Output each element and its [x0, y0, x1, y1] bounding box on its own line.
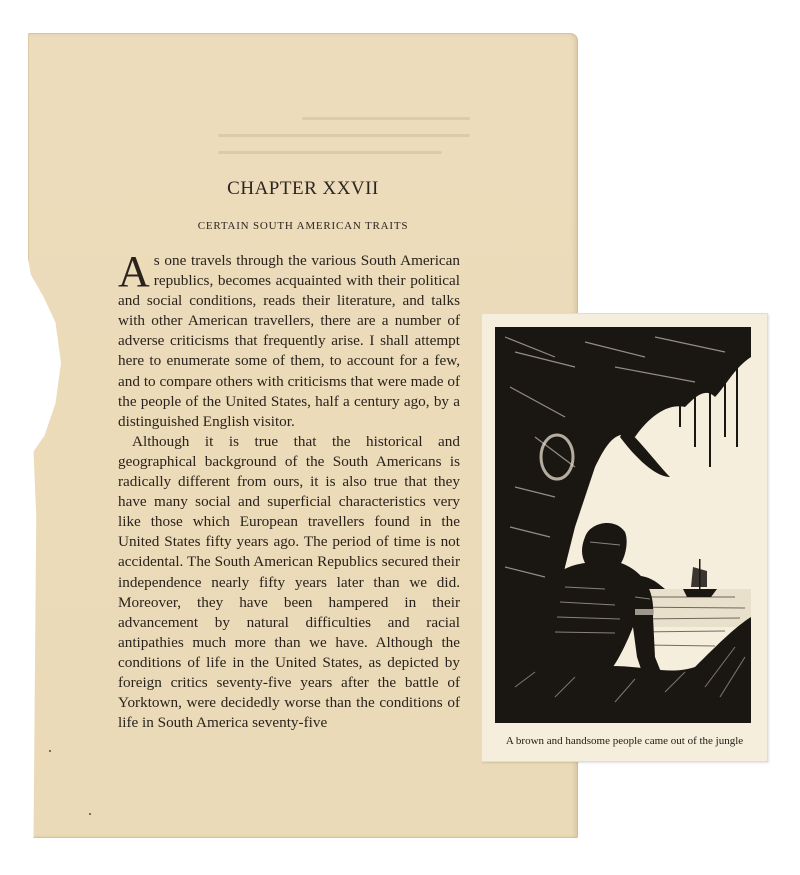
illustration-caption: A brown and handsome people came out of … [481, 735, 768, 747]
paragraph-2: Although it is true that the historical … [118, 432, 460, 733]
chapter-title: CHAPTER XXVII [28, 178, 578, 200]
chapter-body: As one travels through the various South… [118, 251, 460, 733]
paper-speck [49, 750, 51, 752]
paragraph-1-text: s one travels through the various South … [118, 252, 460, 430]
paragraph-1: As one travels through the various South… [118, 251, 460, 432]
woodcut-illustration [495, 327, 751, 723]
paper-speck [89, 813, 91, 815]
illustration-plate: A brown and handsome people came out of … [481, 313, 768, 762]
chapter-subtitle: CERTAIN SOUTH AMERICAN TRAITS [28, 220, 578, 232]
drop-cap: A [118, 254, 150, 290]
bleed-through-text [218, 103, 498, 173]
